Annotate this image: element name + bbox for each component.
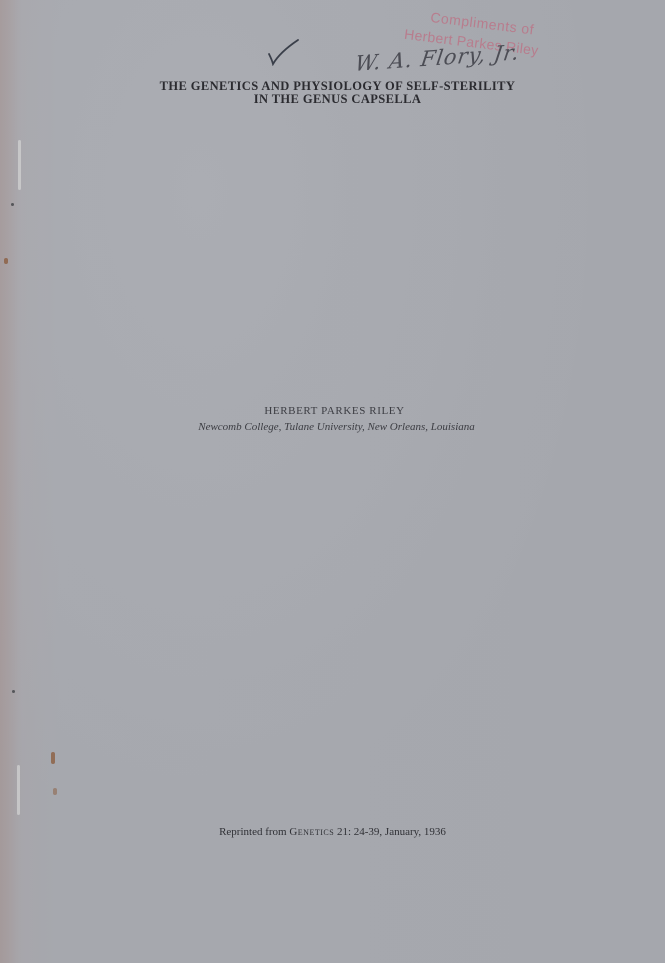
binding-hole-dot — [12, 690, 15, 693]
staple-mark-top — [18, 140, 21, 190]
author-name: HERBERT PARKES RILEY — [0, 405, 665, 417]
rust-spot — [51, 752, 55, 764]
reprint-prefix: Reprinted from — [219, 826, 289, 838]
title-line-2: IN THE GENUS CAPSELLA — [0, 93, 665, 106]
rust-spot — [4, 258, 8, 264]
reprint-citation: Reprinted from Genetics 21: 24-39, Janua… — [0, 826, 665, 838]
journal-name: Genetics — [289, 826, 334, 838]
binding-hole-dot — [11, 203, 14, 206]
citation-details: 21: 24-39, January, 1936 — [334, 826, 446, 838]
paper-title: THE GENETICS AND PHYSIOLOGY OF SELF-STER… — [0, 80, 665, 106]
author-affiliation: Newcomb College, Tulane University, New … — [0, 421, 665, 433]
checkmark-icon — [266, 38, 300, 66]
handwritten-signature: W. A. Flory, Jr. — [353, 40, 521, 76]
document-cover: Compliments of Herbert Parkes Riley W. A… — [0, 0, 665, 963]
rust-spot — [53, 788, 57, 795]
staple-mark-bottom — [17, 765, 20, 815]
